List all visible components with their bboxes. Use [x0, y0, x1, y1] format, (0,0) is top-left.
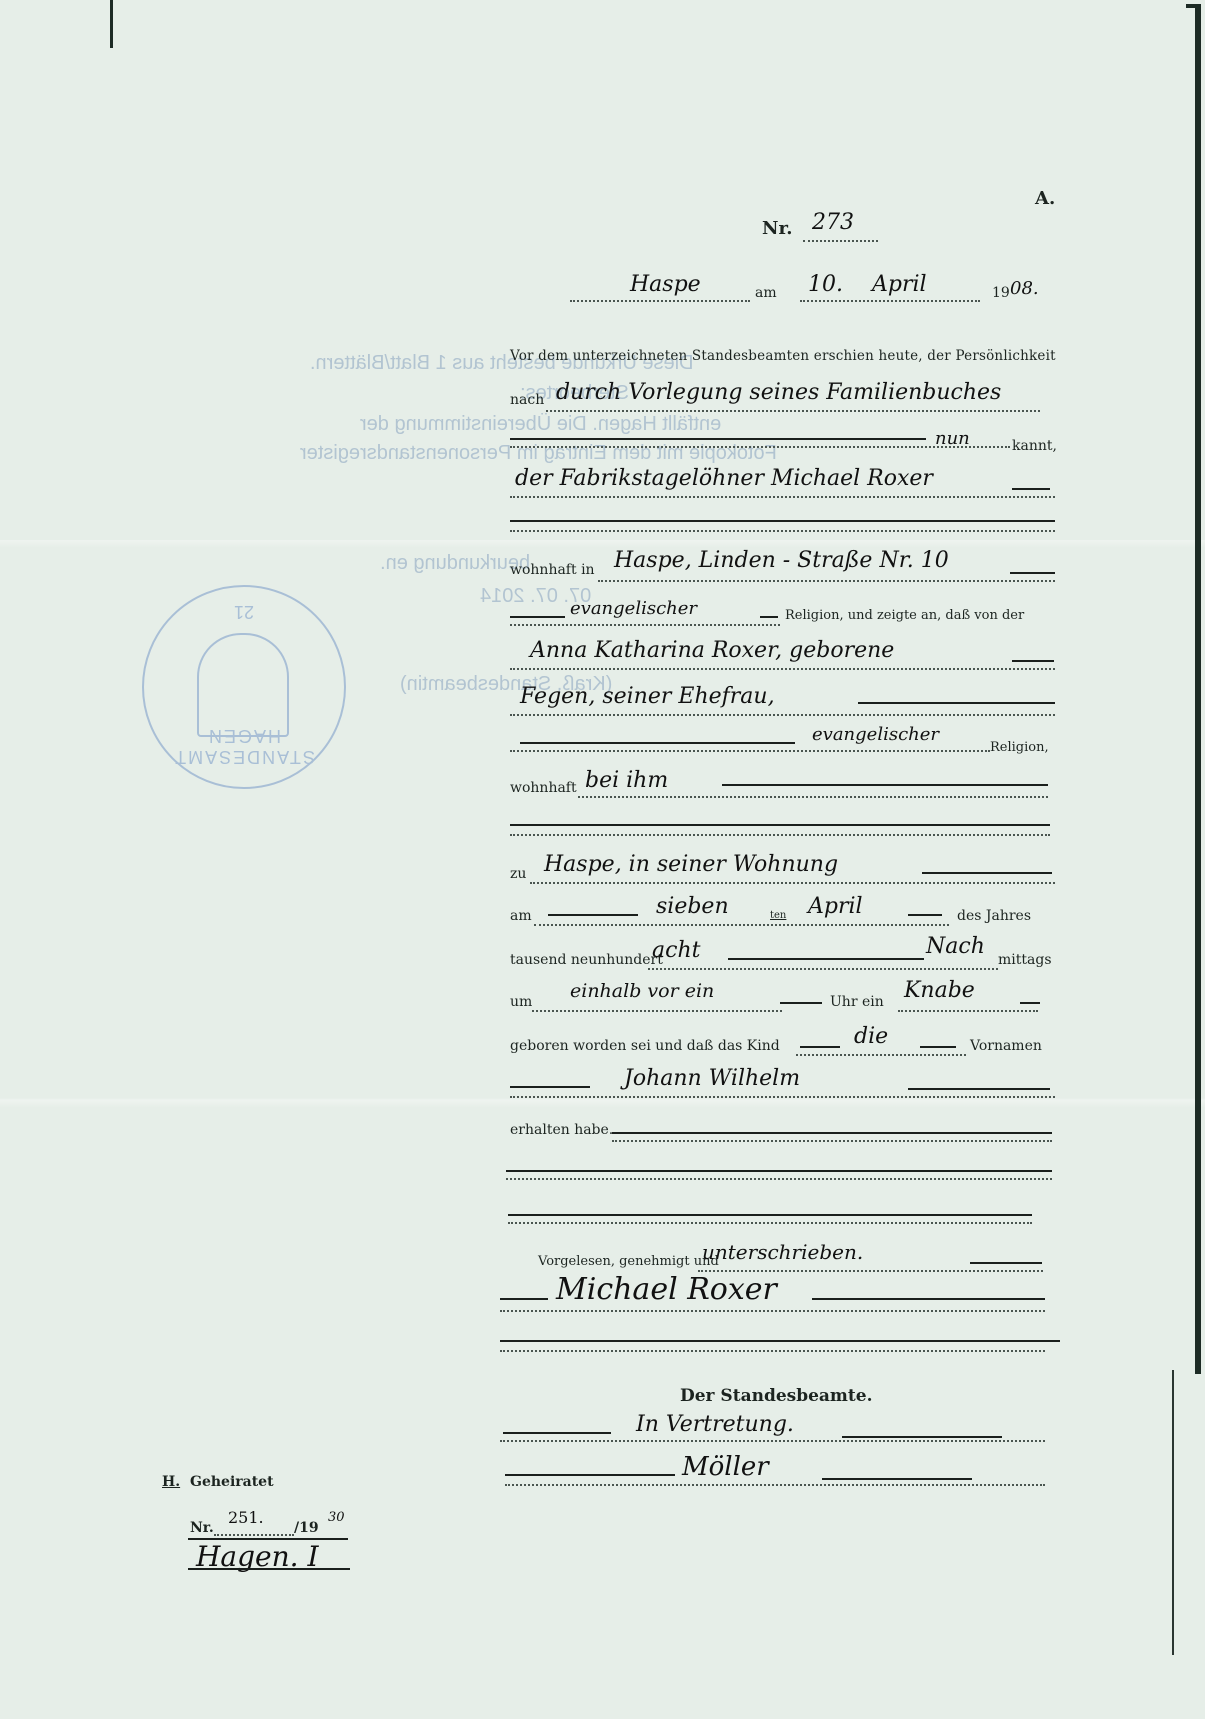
dotted-line [510, 668, 1055, 670]
mother-residence: bei ihm [585, 768, 668, 793]
birth-month: April [808, 894, 863, 919]
am-label: am [510, 908, 532, 924]
dotted-line [500, 1350, 1045, 1352]
fill-rule [922, 872, 1052, 874]
fill-rule [1012, 488, 1050, 490]
fill-rule [842, 1436, 1002, 1438]
page-edge-mark [110, 0, 113, 48]
dotted-line [508, 1222, 1032, 1224]
religion-text: Religion, und zeigte an, daß von der [785, 608, 1024, 623]
fill-rule [505, 1474, 675, 1476]
geboren-text: geboren worden sei und daß das Kind [510, 1038, 780, 1054]
fill-rule [510, 824, 1050, 826]
page-edge-right-lower [1172, 1370, 1174, 1655]
coat-of-arms-icon [197, 633, 289, 737]
dotted-line [510, 496, 1055, 498]
intro-text: Vor dem unterzeichneten Standesbeamten e… [510, 348, 1056, 364]
dotted-line [530, 882, 1055, 884]
margin-label: Geheiratet [190, 1474, 274, 1490]
birth-day: sieben [656, 894, 729, 919]
dotted-line [510, 834, 1050, 836]
fill-rule [760, 616, 778, 618]
dotted-line [510, 530, 1055, 532]
mittags-label: mittags [998, 952, 1052, 968]
vorgelesen-text: Vorgelesen, genehmigt und [538, 1254, 719, 1269]
date-month: April [872, 272, 927, 297]
place-of-record: Haspe [630, 272, 701, 297]
margin-letter: H. [162, 1474, 180, 1490]
article-die: die [854, 1024, 888, 1049]
zu-label: zu [510, 866, 526, 882]
father-address: Haspe, Linden - Straße Nr. 10 [614, 548, 949, 573]
fill-rule [612, 1132, 1052, 1134]
fill-rule [800, 1046, 840, 1048]
wohnhaft-label: wohnhaft [510, 780, 577, 796]
mother-religion: evangelischer [812, 724, 939, 745]
mother-maiden-name: Fegen, seiner Ehefrau, [520, 684, 775, 709]
dotted-line [803, 240, 878, 242]
dotted-line [546, 410, 1040, 412]
dotted-line [510, 624, 780, 626]
dotted-line [612, 1140, 1052, 1142]
father-religion: evangelischer [570, 598, 697, 619]
dotted-line [506, 1178, 1052, 1180]
dotted-line [500, 1440, 1045, 1442]
dotted-line [214, 1534, 294, 1536]
stamp-number: 21 [144, 601, 344, 622]
fill-rule [858, 702, 1055, 704]
in-representation: In Vertretung. [636, 1412, 794, 1437]
fill-rule [1012, 660, 1054, 662]
date-am-label: am [755, 285, 777, 301]
fill-rule [728, 958, 924, 960]
fill-rule [188, 1568, 350, 1570]
fill-rule [908, 914, 942, 916]
dotted-line [510, 714, 1055, 716]
margin-nr-label: Nr. [190, 1520, 214, 1536]
child-sex: Knabe [904, 978, 975, 1003]
marriage-year-prefix: /19 [294, 1520, 319, 1536]
dotted-line [500, 1310, 1045, 1312]
kannt-label: kannt, [1012, 438, 1057, 454]
birth-day-suffix: ten [770, 910, 786, 921]
dotted-line [510, 1096, 1055, 1098]
des-jahres-label: des Jahres [957, 908, 1031, 924]
fill-rule [822, 1478, 972, 1480]
dotted-line [510, 750, 990, 752]
number-label: Nr. [762, 218, 793, 239]
dotted-line [800, 300, 980, 302]
child-given-names: Johann Wilhelm [624, 1066, 800, 1091]
office-stamp: STANDESAMT HAGEN 21 [142, 585, 346, 789]
fill-rule [500, 1340, 1060, 1342]
fill-rule [970, 1262, 1042, 1264]
fill-rule [1010, 572, 1055, 574]
fill-rule [500, 1298, 548, 1300]
fill-rule [508, 1214, 1032, 1216]
marriage-record-number: 251. [228, 1508, 264, 1527]
bleed-through-line: entfällt Hagen. Die Übereinstimmung der [360, 413, 721, 436]
year-words-label: tausend neunhundert [510, 952, 663, 968]
um-label: um [510, 994, 532, 1010]
date-day: 10. [808, 272, 843, 297]
fill-rule [920, 1046, 956, 1048]
dotted-line [505, 1484, 1045, 1486]
fill-rule [520, 742, 795, 744]
document-page: Diese Urkunde besteht aus 1 Blatt/Blätte… [0, 0, 1205, 1719]
identification-method: durch Vorlegung seines Familienbuches [556, 380, 1001, 405]
dotted-line [898, 1010, 1038, 1012]
dotted-line [648, 968, 998, 970]
wohnhaft-in-label: wohnhaft in [510, 562, 595, 578]
official-title: Der Standesbeamte. [680, 1386, 873, 1406]
dotted-line [796, 1054, 966, 1056]
official-signature: Möller [682, 1452, 769, 1482]
fill-rule [908, 1088, 1050, 1090]
form-letter: A. [1035, 188, 1055, 209]
vornamen-label: Vornamen [970, 1038, 1042, 1054]
year-prefix: 19 [992, 285, 1010, 301]
fill-rule [1020, 1002, 1040, 1004]
marriage-year-suffix: 30 [328, 1510, 345, 1525]
fill-rule [780, 1002, 822, 1004]
uhr-ein-label: Uhr ein [830, 994, 884, 1010]
informant-signature: Michael Roxer [556, 1272, 777, 1307]
mother-name: Anna Katharina Roxer, geborene [530, 638, 894, 663]
birth-place: Haspe, in seiner Wohnung [544, 852, 838, 877]
erhalten-habe-text: erhalten habe. [510, 1122, 613, 1138]
time-of-day: Nach [926, 934, 985, 959]
fill-rule [510, 616, 565, 618]
fill-rule [503, 1432, 611, 1434]
known-prefix: nun [935, 428, 970, 449]
father-name-occupation: der Fabrikstagelöhner Michael Roxer [515, 466, 933, 491]
dotted-line [570, 300, 750, 302]
dotted-line [578, 796, 1048, 798]
fill-rule [812, 1298, 1045, 1300]
page-edge-right [1195, 4, 1201, 1374]
fill-rule [510, 438, 926, 440]
birth-year-word: acht [652, 938, 700, 963]
fill-rule [548, 914, 638, 916]
birth-time: einhalb vor ein [570, 980, 714, 1002]
fill-rule [510, 520, 1055, 522]
bleed-through-line: beurkundung en. [380, 552, 530, 575]
religion-label: Religion, [990, 740, 1049, 755]
fill-rule [722, 784, 1048, 786]
year-suffix: 08. [1010, 278, 1039, 299]
dotted-line [534, 924, 949, 926]
dotted-line [598, 580, 1055, 582]
dotted-line [532, 1010, 782, 1012]
signed-word: unterschrieben. [702, 1240, 863, 1264]
fill-rule [510, 1086, 590, 1088]
record-number: 273 [812, 210, 854, 235]
fill-rule [506, 1170, 1052, 1172]
nach-label: nach [510, 392, 544, 408]
